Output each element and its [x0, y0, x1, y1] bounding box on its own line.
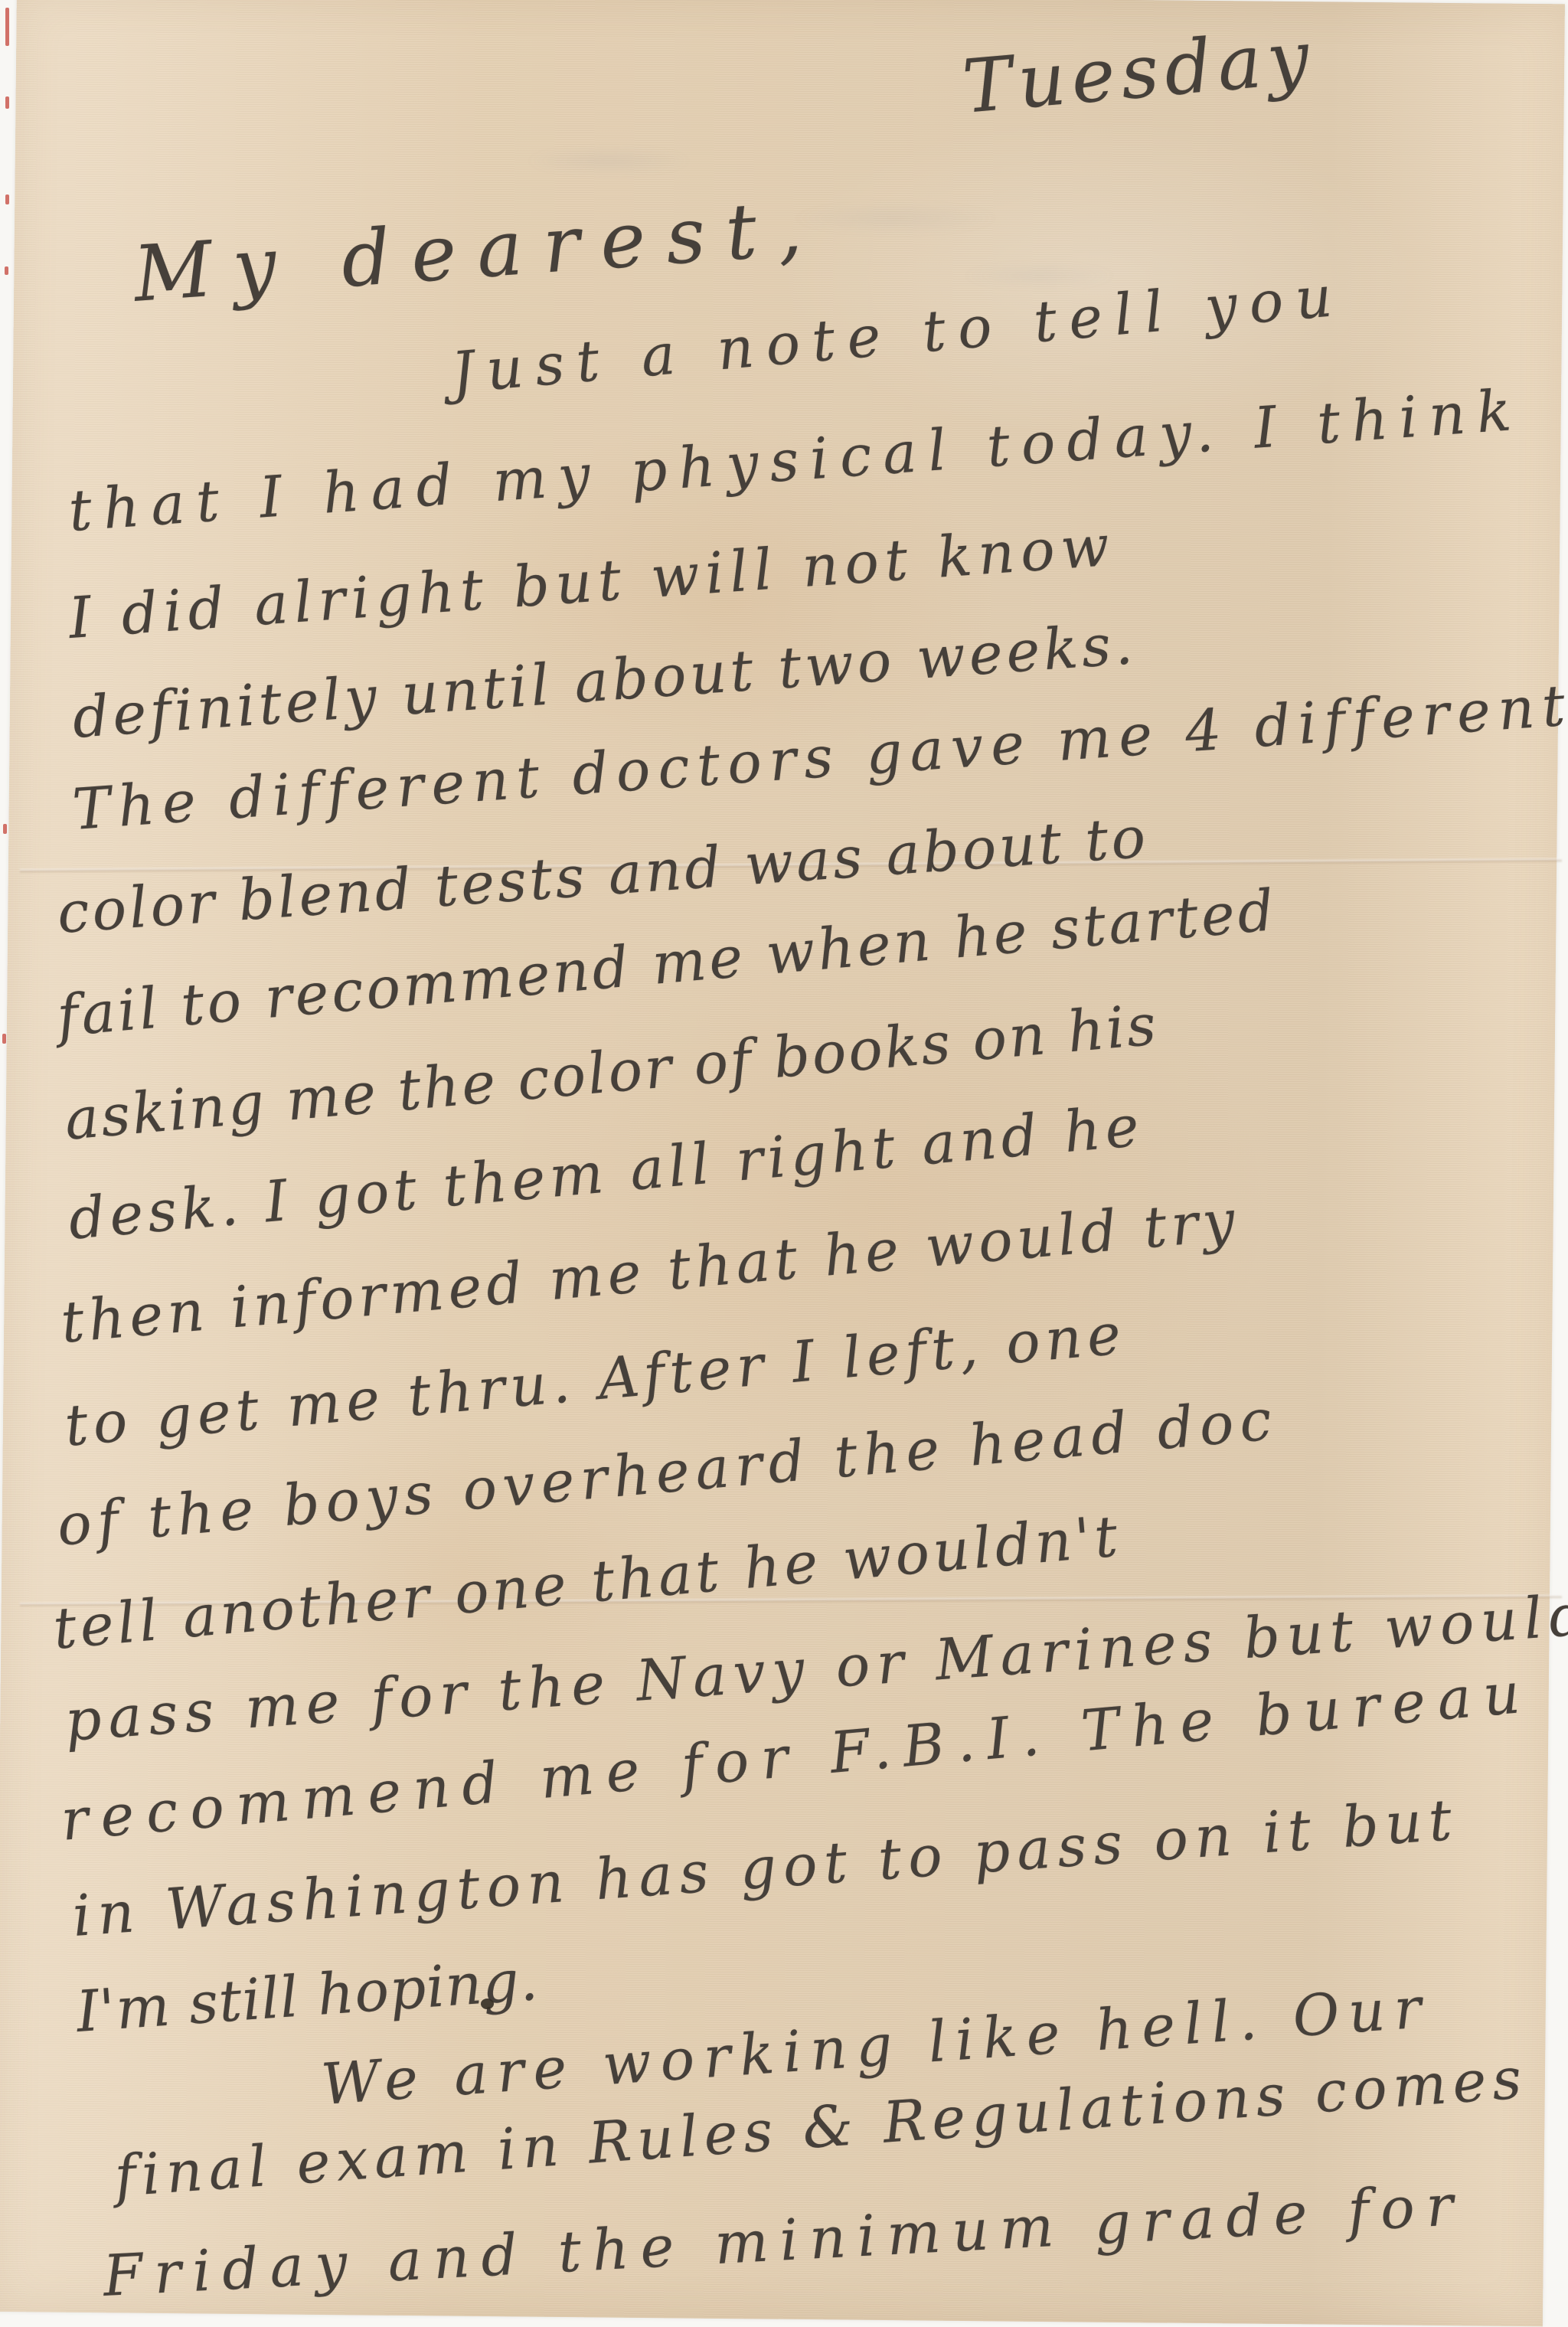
scan-artifact-mark: [5, 8, 9, 46]
scan-artifact-mark: [3, 824, 7, 834]
scan-artifact-mark: [2, 1034, 6, 1044]
scan-artifact-mark: [5, 266, 8, 275]
letter-scan: Tuesday My dearest, Just a note to tell …: [0, 0, 1568, 2327]
scan-artifact-mark: [5, 96, 9, 109]
scan-artifact-mark: [5, 194, 9, 204]
ink-blot: [481, 1999, 494, 2009]
